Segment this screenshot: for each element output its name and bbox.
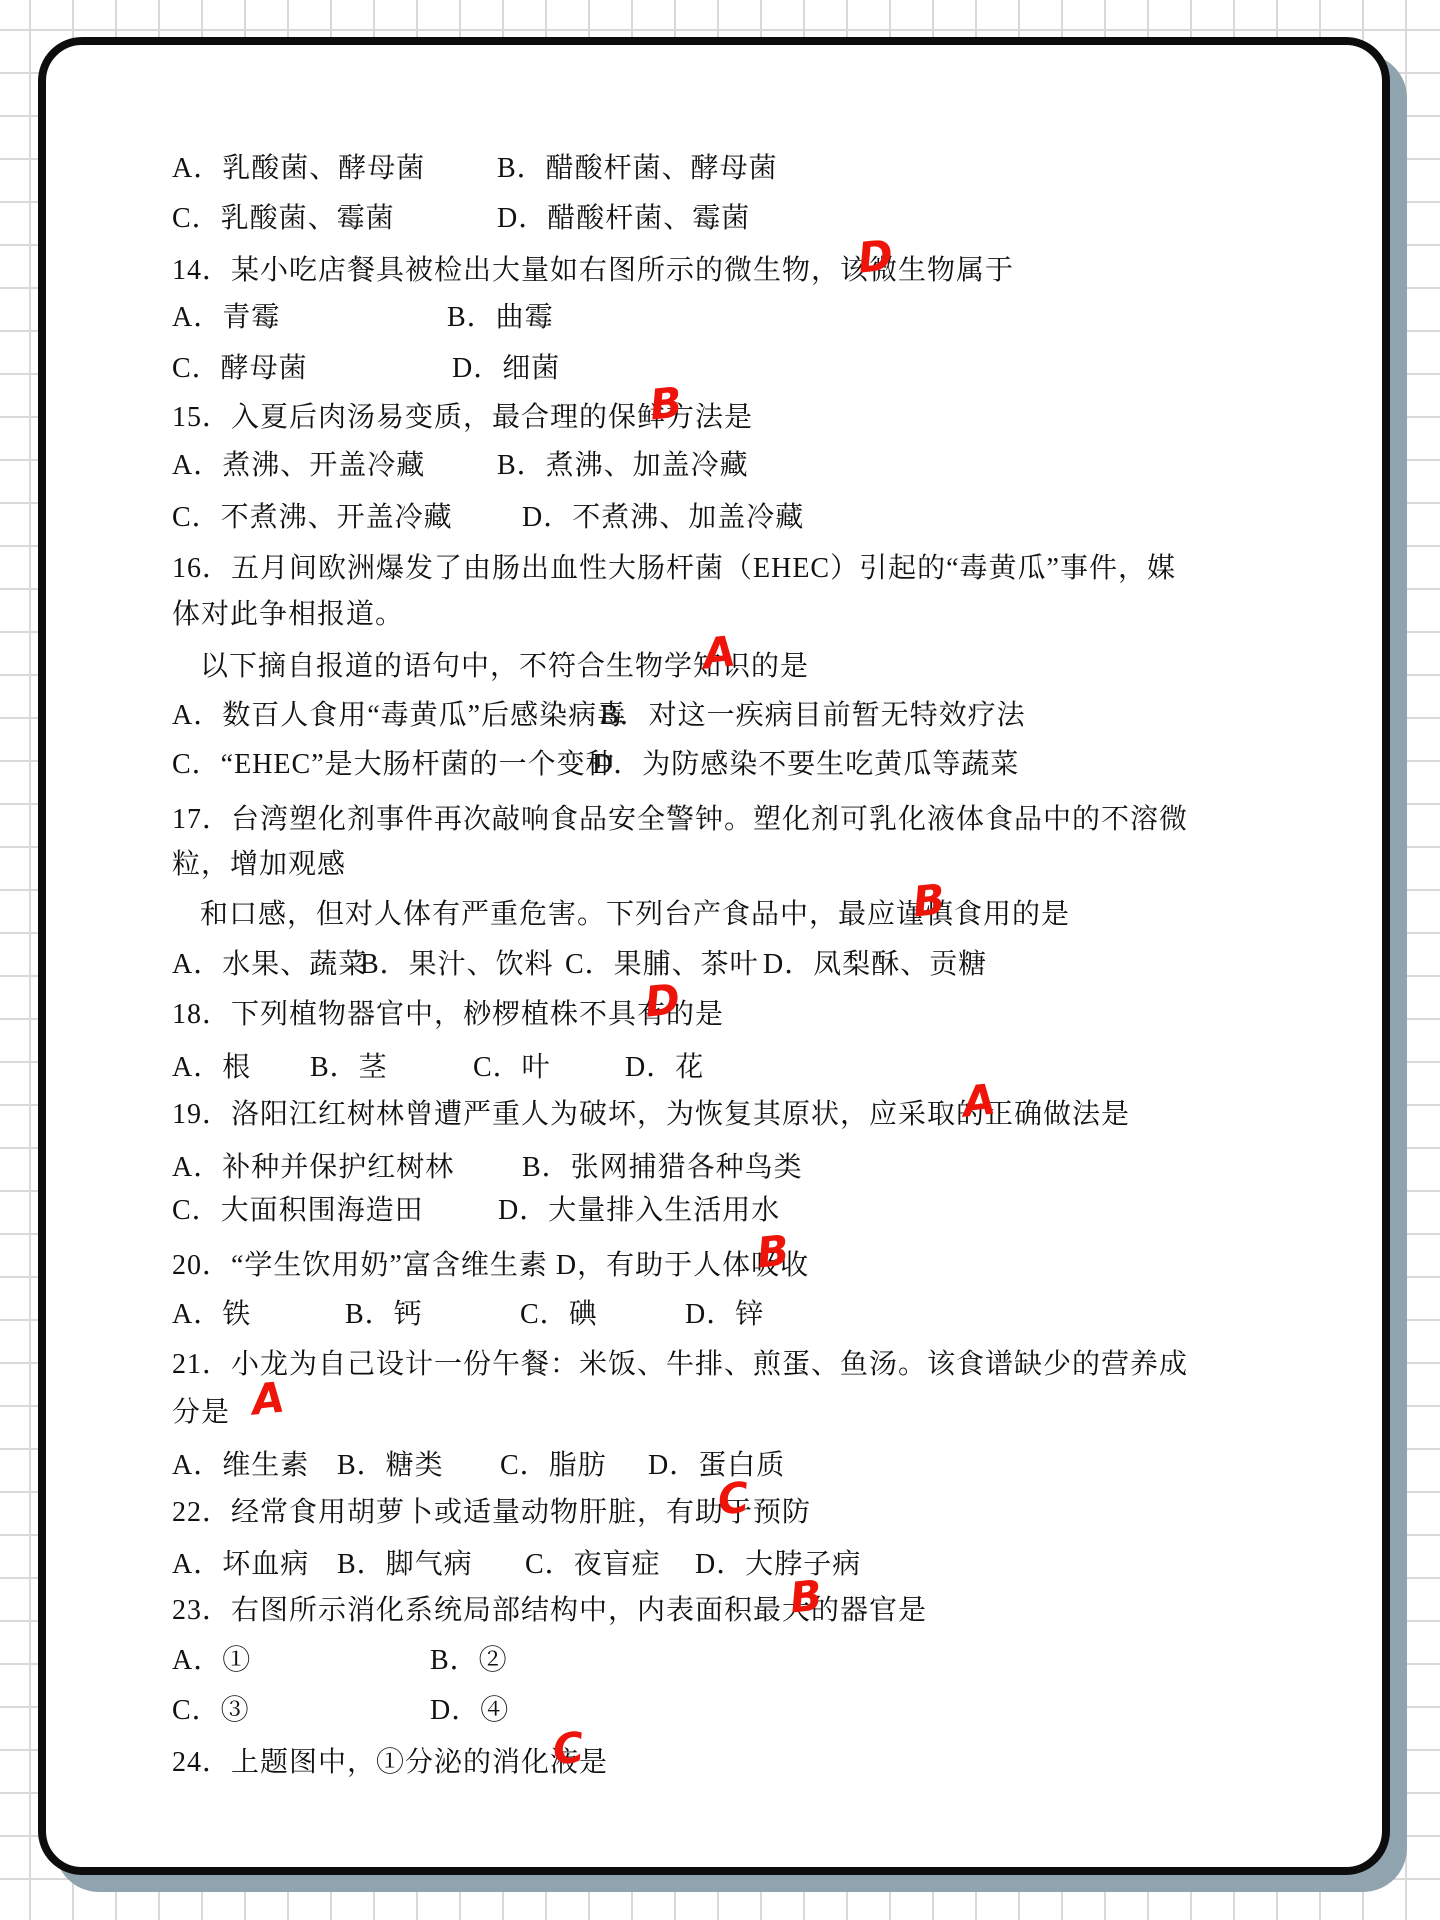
question-text: D．大量排入生活用水 <box>498 1188 780 1228</box>
question-text: A．青霉 <box>172 295 280 335</box>
page: { "page": { "kind_label": "biology-exam-… <box>0 0 1440 1920</box>
handwritten-answer-mark: D <box>643 978 682 1023</box>
handwritten-answer-mark: C <box>716 1477 751 1522</box>
question-text: B．果汁、饮料 <box>360 942 554 982</box>
text-line: A．水果、蔬菜B．果汁、饮料C．果脯、茶叶D．凤梨酥、贡糖 <box>0 942 1440 988</box>
question-text: 粒，增加观感 <box>172 842 346 882</box>
question-text: D．凤梨酥、贡糖 <box>763 942 987 982</box>
handwritten-answer-mark: B <box>788 1574 824 1619</box>
question-text: C．“EHEC”是大肠杆菌的一个变种 <box>172 742 615 782</box>
handwritten-answer-mark: B <box>755 1229 791 1274</box>
question-text: B．醋酸杆菌、酵母菌 <box>497 146 778 186</box>
handwritten-answer-mark: C <box>551 1727 586 1772</box>
question-text: C．碘 <box>520 1292 598 1332</box>
text-line: A．数百人食用“毒黄瓜”后感染病毒B．对这一疾病目前暂无特效疗法 <box>0 693 1440 739</box>
question-text: 21．小龙为自己设计一份午餐：米饭、牛排、煎蛋、鱼汤。该食谱缺少的营养成 <box>172 1342 1188 1382</box>
question-text: 分是 <box>172 1390 230 1430</box>
text-line: C．“EHEC”是大肠杆菌的一个变种D．为防感染不要生吃黄瓜等蔬菜 <box>0 742 1440 788</box>
question-text: D．细菌 <box>452 346 560 386</box>
question-text: B．煮沸、加盖冷藏 <box>497 443 749 483</box>
question-text: A．水果、蔬菜 <box>172 942 367 982</box>
question-text: D．不煮沸、加盖冷藏 <box>522 495 804 535</box>
handwritten-answer-mark: A <box>250 1376 287 1421</box>
text-line: C．酵母菌D．细菌 <box>0 346 1440 392</box>
text-line: A．坏血病B．脚气病C．夜盲症D．大脖子病 <box>0 1542 1440 1588</box>
text-line: 19．洛阳江红树林曾遭严重人为破坏，为恢复其原状，应采取的正确做法是A <box>0 1092 1440 1138</box>
text-line: 18．下列植物器官中，桫椤植株不具有的是D <box>0 992 1440 1038</box>
question-text: B．② <box>430 1638 508 1678</box>
text-line: A．①B．② <box>0 1638 1440 1684</box>
text-line: A．乳酸菌、酵母菌B．醋酸杆菌、酵母菌 <box>0 146 1440 192</box>
text-line: A．青霉B．曲霉 <box>0 295 1440 341</box>
text-line: C．③D．④ <box>0 1688 1440 1734</box>
question-text: A．铁 <box>172 1292 251 1332</box>
question-text: C．乳酸菌、霉菌 <box>172 196 395 236</box>
question-text: C．不煮沸、开盖冷藏 <box>172 495 453 535</box>
question-text: 20．“学生饮用奶”富含维生素 D，有助于人体吸收 <box>172 1243 809 1283</box>
question-text: 24．上题图中，①分泌的消化液是 <box>172 1740 608 1780</box>
question-text: 体对此争相报道。 <box>172 592 404 632</box>
text-line: 17．台湾塑化剂事件再次敲响食品安全警钟。塑化剂可乳化液体食品中的不溶微 <box>0 797 1440 843</box>
question-text: 22．经常食用胡萝卜或适量动物肝脏，有助于预防 <box>172 1490 811 1530</box>
handwritten-answer-mark: D <box>856 234 895 279</box>
question-text: C．夜盲症 <box>525 1542 661 1582</box>
question-text: A．煮沸、开盖冷藏 <box>172 443 425 483</box>
text-line: 22．经常食用胡萝卜或适量动物肝脏，有助于预防C <box>0 1490 1440 1536</box>
question-text: A．坏血病 <box>172 1542 309 1582</box>
text-line: 23．右图所示消化系统局部结构中，内表面积最大的器官是B <box>0 1588 1440 1634</box>
question-text: A．乳酸菌、酵母菌 <box>172 146 425 186</box>
text-line: A．煮沸、开盖冷藏B．煮沸、加盖冷藏 <box>0 443 1440 489</box>
text-line: 和口感，但对人体有严重危害。下列台产食品中，最应谨慎食用的是B <box>0 892 1440 938</box>
question-text: D．锌 <box>685 1292 764 1332</box>
text-line: 以下摘自报道的语句中，不符合生物学知识的是A <box>0 644 1440 690</box>
text-line: A．补种并保护红树林B．张网捕猎各种鸟类 <box>0 1145 1440 1191</box>
text-line: C．大面积围海造田D．大量排入生活用水 <box>0 1188 1440 1234</box>
question-text: A．数百人食用“毒黄瓜”后感染病毒 <box>172 693 626 733</box>
question-text: 16．五月间欧洲爆发了由肠出血性大肠杆菌（EHEC）引起的“毒黄瓜”事件，媒 <box>172 546 1176 586</box>
text-line: 24．上题图中，①分泌的消化液是C <box>0 1740 1440 1786</box>
question-text: D．大脖子病 <box>695 1542 861 1582</box>
question-text: A．维生素 <box>172 1443 309 1483</box>
question-text: B．茎 <box>310 1045 388 1085</box>
text-line: A．铁B．钙C．碘D．锌 <box>0 1292 1440 1338</box>
text-line: 粒，增加观感 <box>0 842 1440 888</box>
question-text: D．④ <box>430 1688 509 1728</box>
question-text: 18．下列植物器官中，桫椤植株不具有的是 <box>172 992 724 1032</box>
text-line: A．根B．茎C．叶D．花 <box>0 1045 1440 1091</box>
question-text: D．醋酸杆菌、霉菌 <box>497 196 750 236</box>
question-text: D．花 <box>625 1045 704 1085</box>
question-text: C．脂肪 <box>500 1443 607 1483</box>
handwritten-answer-mark: A <box>961 1078 998 1123</box>
handwritten-answer-mark: A <box>701 630 738 675</box>
handwritten-answer-mark: B <box>911 878 947 923</box>
exam-content: A．乳酸菌、酵母菌B．醋酸杆菌、酵母菌C．乳酸菌、霉菌D．醋酸杆菌、霉菌14．某… <box>0 0 1440 1920</box>
question-text: 17．台湾塑化剂事件再次敲响食品安全警钟。塑化剂可乳化液体食品中的不溶微 <box>172 797 1188 837</box>
question-text: C．酵母菌 <box>172 346 308 386</box>
text-line: 15．入夏后肉汤易变质，最合理的保鲜方法是B <box>0 395 1440 441</box>
question-text: C．大面积围海造田 <box>172 1188 424 1228</box>
text-line: C．不煮沸、开盖冷藏D．不煮沸、加盖冷藏 <box>0 495 1440 541</box>
question-text: C．③ <box>172 1688 250 1728</box>
text-line: 20．“学生饮用奶”富含维生素 D，有助于人体吸收B <box>0 1243 1440 1289</box>
text-line: 分是A <box>0 1390 1440 1436</box>
text-line: C．乳酸菌、霉菌D．醋酸杆菌、霉菌 <box>0 196 1440 242</box>
question-text: B．钙 <box>345 1292 423 1332</box>
question-text: D．为防感染不要生吃黄瓜等蔬菜 <box>592 742 1019 782</box>
question-text: B．张网捕猎各种鸟类 <box>522 1145 803 1185</box>
question-text: B．糖类 <box>337 1443 444 1483</box>
text-line: 16．五月间欧洲爆发了由肠出血性大肠杆菌（EHEC）引起的“毒黄瓜”事件，媒 <box>0 546 1440 592</box>
question-text: A．补种并保护红树林 <box>172 1145 454 1185</box>
text-line: 14．某小吃店餐具被检出大量如右图所示的微生物，该微生物属于D <box>0 248 1440 294</box>
question-text: A．根 <box>172 1045 251 1085</box>
text-line: 21．小龙为自己设计一份午餐：米饭、牛排、煎蛋、鱼汤。该食谱缺少的营养成 <box>0 1342 1440 1388</box>
question-text: B．曲霉 <box>447 295 554 335</box>
question-text: C．叶 <box>473 1045 551 1085</box>
question-text: B．对这一疾病目前暂无特效疗法 <box>600 693 1026 733</box>
question-text: B．脚气病 <box>337 1542 473 1582</box>
handwritten-answer-mark: B <box>648 381 684 426</box>
question-text: A．① <box>172 1638 251 1678</box>
